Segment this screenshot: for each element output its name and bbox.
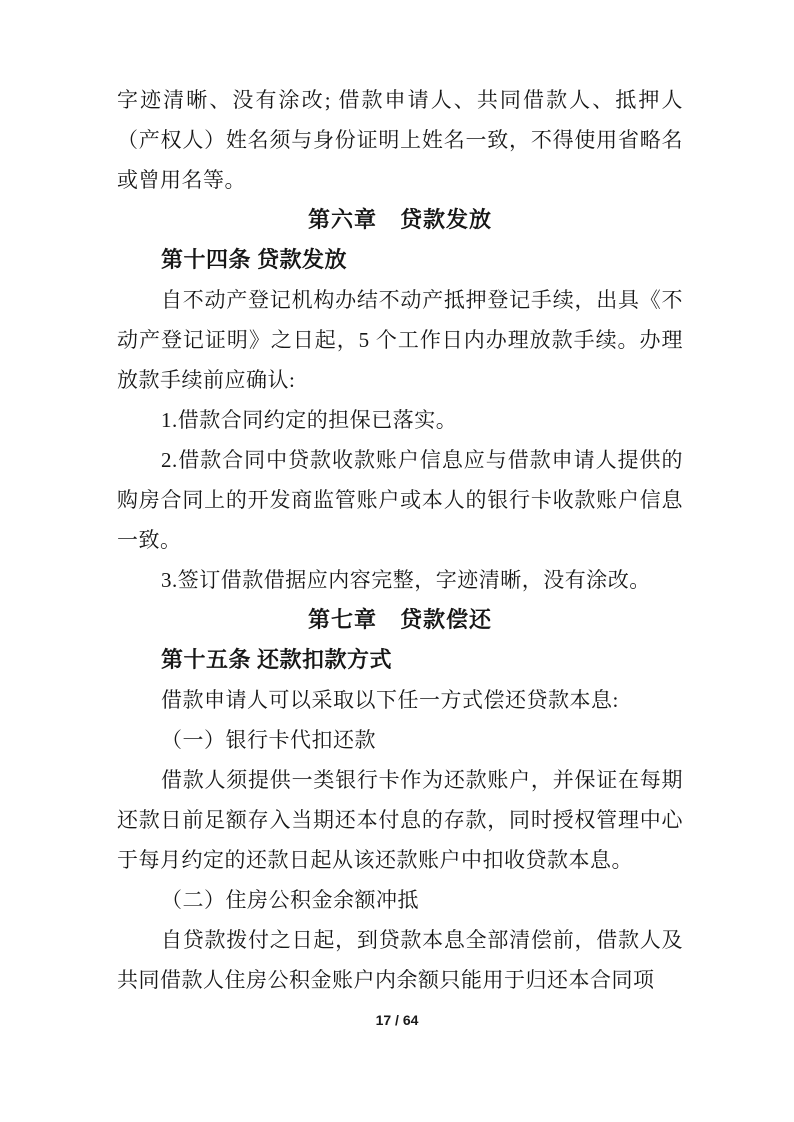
paragraph: 2.借款合同中贷款收款账户信息应与借款申请人提供的购房合同上的开发商监管账户或本… xyxy=(117,440,683,560)
article-heading: 第十四条 贷款发放 xyxy=(117,240,683,280)
paragraph: 借款人须提供一类银行卡作为还款账户，并保证在每期还款日前足额存入当期还本付息的存… xyxy=(117,760,683,880)
article-heading: 第十五条 还款扣款方式 xyxy=(117,640,683,680)
paragraph: 自贷款拨付之日起，到贷款本息全部清偿前，借款人及共同借款人住房公积金账户内余额只… xyxy=(117,920,683,1000)
document-body: 字迹清晰、没有涂改; 借款申请人、共同借款人、抵押人（产权人）姓名须与身份证明上… xyxy=(117,80,683,1000)
paragraph: 1.借款合同约定的担保已落实。 xyxy=(117,400,683,440)
paragraph: 字迹清晰、没有涂改; 借款申请人、共同借款人、抵押人（产权人）姓名须与身份证明上… xyxy=(117,80,683,200)
page-number: 17 / 64 xyxy=(0,1012,794,1028)
paragraph: （二）住房公积金余额冲抵 xyxy=(117,880,683,920)
paragraph: 3.签订借款借据应内容完整，字迹清晰，没有涂改。 xyxy=(117,560,683,600)
chapter-heading: 第六章 贷款发放 xyxy=(117,200,683,240)
chapter-heading: 第七章 贷款偿还 xyxy=(117,600,683,640)
paragraph: 自不动产登记机构办结不动产抵押登记手续，出具《不动产登记证明》之日起，5 个工作… xyxy=(117,280,683,400)
paragraph: （一）银行卡代扣还款 xyxy=(117,720,683,760)
paragraph: 借款申请人可以采取以下任一方式偿还贷款本息: xyxy=(117,680,683,720)
document-page: 字迹清晰、没有涂改; 借款申请人、共同借款人、抵押人（产权人）姓名须与身份证明上… xyxy=(0,0,794,1122)
